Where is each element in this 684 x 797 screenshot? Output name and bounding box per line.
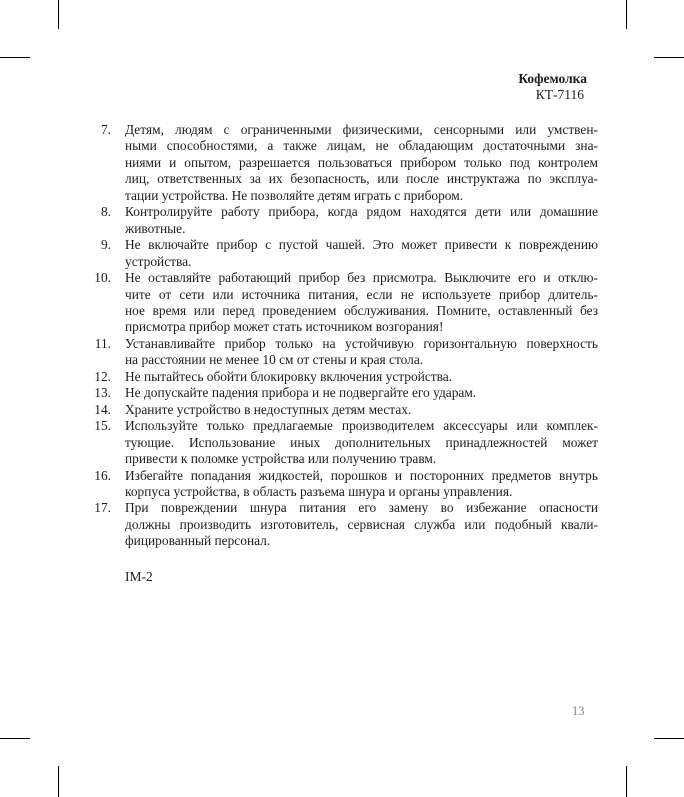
list-item-line: Детям, людям с ограниченными физическими… bbox=[125, 122, 598, 138]
list-item: 8.Контролируйте работу прибора, когда ря… bbox=[93, 204, 598, 237]
page-number: 13 bbox=[572, 704, 585, 719]
list-item: 11.Устанавливайте прибор только на устой… bbox=[93, 336, 598, 369]
crop-mark-top-right-vertical bbox=[626, 0, 627, 29]
list-item-text: Не оставляйте работающий прибор без прис… bbox=[125, 270, 598, 336]
list-item-line: животные. bbox=[125, 221, 598, 237]
list-item-text: Используйте только предлагаемые производ… bbox=[125, 418, 598, 467]
list-item-number: 17. bbox=[93, 500, 111, 549]
list-item-line: Не включайте прибор с пустой чашей. Это … bbox=[125, 237, 598, 253]
doc-code: IM-2 bbox=[125, 569, 153, 585]
list-item-line: ниями и опытом, разрешается пользоваться… bbox=[125, 155, 598, 171]
model-number: КТ-7116 bbox=[518, 87, 587, 103]
list-item-line: Не оставляйте работающий прибор без прис… bbox=[125, 270, 598, 286]
list-item: 7.Детям, людям с ограниченными физически… bbox=[93, 122, 598, 204]
crop-mark-bottom-right-horizontal bbox=[654, 738, 684, 739]
safety-list: 7.Детям, людям с ограниченными физически… bbox=[93, 122, 598, 550]
list-item-line: устройства. bbox=[125, 254, 598, 270]
list-item-line: Избегайте попадания жидкостей, порошков … bbox=[125, 468, 598, 484]
list-item-number: 16. bbox=[93, 468, 111, 501]
list-item-number: 9. bbox=[93, 237, 111, 270]
list-item-line: Не допускайте падения прибора и не подве… bbox=[125, 385, 598, 401]
list-item: 13.Не допускайте падения прибора и не по… bbox=[93, 385, 598, 401]
list-item-text: Храните устройство в недоступных детям м… bbox=[125, 402, 598, 418]
list-item: 10.Не оставляйте работающий прибор без п… bbox=[93, 270, 598, 336]
list-item-line: Храните устройство в недоступных детям м… bbox=[125, 402, 598, 418]
product-name: Кофемолка bbox=[518, 71, 587, 87]
list-item-number: 14. bbox=[93, 402, 111, 418]
crop-mark-bottom-right-vertical bbox=[626, 766, 627, 797]
list-item-text: Не включайте прибор с пустой чашей. Это … bbox=[125, 237, 598, 270]
list-item-line: Устанавливайте прибор только на устойчив… bbox=[125, 336, 598, 352]
list-item: 9.Не включайте прибор с пустой чашей. Эт… bbox=[93, 237, 598, 270]
list-item-line: Не пытайтесь обойти блокировку включения… bbox=[125, 369, 598, 385]
list-item-text: При повреждении шнура питания его замену… bbox=[125, 500, 598, 549]
list-item-number: 15. bbox=[93, 418, 111, 467]
list-item-line: тующие. Использование иных дополнительны… bbox=[125, 435, 598, 451]
list-item-text: Не пытайтесь обойти блокировку включения… bbox=[125, 369, 598, 385]
list-item: 17.При повреждении шнура питания его зам… bbox=[93, 500, 598, 549]
list-item: 16.Избегайте попадания жидкостей, порошк… bbox=[93, 468, 598, 501]
list-item-line: должны производить изготовитель, сервисн… bbox=[125, 517, 598, 533]
list-item-number: 8. bbox=[93, 204, 111, 237]
list-item-line: ными способностями, а также лицам, не об… bbox=[125, 138, 598, 154]
list-item-number: 10. bbox=[93, 270, 111, 336]
list-item: 14.Храните устройство в недоступных детя… bbox=[93, 402, 598, 418]
list-item-text: Контролируйте работу прибора, когда рядо… bbox=[125, 204, 598, 237]
crop-mark-top-right-horizontal bbox=[654, 57, 684, 58]
list-item-number: 7. bbox=[93, 122, 111, 204]
list-item-number: 11. bbox=[93, 336, 111, 369]
list-item-line: фицированный персонал. bbox=[125, 533, 598, 549]
crop-mark-top-left-vertical bbox=[58, 0, 59, 29]
list-item-line: лиц, ответственных за их безопасность, и… bbox=[125, 171, 598, 187]
crop-mark-bottom-left-vertical bbox=[58, 766, 59, 797]
list-item-text: Устанавливайте прибор только на устойчив… bbox=[125, 336, 598, 369]
list-item-line: на расстоянии не менее 10 см от стены и … bbox=[125, 352, 598, 368]
list-item-line: Используйте только предлагаемые производ… bbox=[125, 418, 598, 434]
list-item-line: тации устройства. Не позволяйте детям иг… bbox=[125, 188, 598, 204]
list-item-line: ное время или перед проведением обслужив… bbox=[125, 303, 598, 319]
list-item-line: чите от сети или источника питания, если… bbox=[125, 287, 598, 303]
list-item-line: корпуса устройства, в область разъема шн… bbox=[125, 484, 598, 500]
crop-mark-top-left-horizontal bbox=[0, 57, 30, 58]
list-item-line: привести к поломке устройства или получе… bbox=[125, 451, 598, 467]
list-item: 12.Не пытайтесь обойти блокировку включе… bbox=[93, 369, 598, 385]
list-item-line: присмотра прибор может стать источником … bbox=[125, 319, 598, 335]
list-item-line: Контролируйте работу прибора, когда рядо… bbox=[125, 204, 598, 220]
page-header: Кофемолка КТ-7116 bbox=[518, 71, 587, 102]
list-item: 15.Используйте только предлагаемые произ… bbox=[93, 418, 598, 467]
list-item-text: Не допускайте падения прибора и не подве… bbox=[125, 385, 598, 401]
list-item-line: При повреждении шнура питания его замену… bbox=[125, 500, 598, 516]
list-item-text: Избегайте попадания жидкостей, порошков … bbox=[125, 468, 598, 501]
crop-mark-bottom-left-horizontal bbox=[0, 738, 30, 739]
list-item-number: 13. bbox=[93, 385, 111, 401]
list-item-text: Детям, людям с ограниченными физическими… bbox=[125, 122, 598, 204]
list-item-number: 12. bbox=[93, 369, 111, 385]
